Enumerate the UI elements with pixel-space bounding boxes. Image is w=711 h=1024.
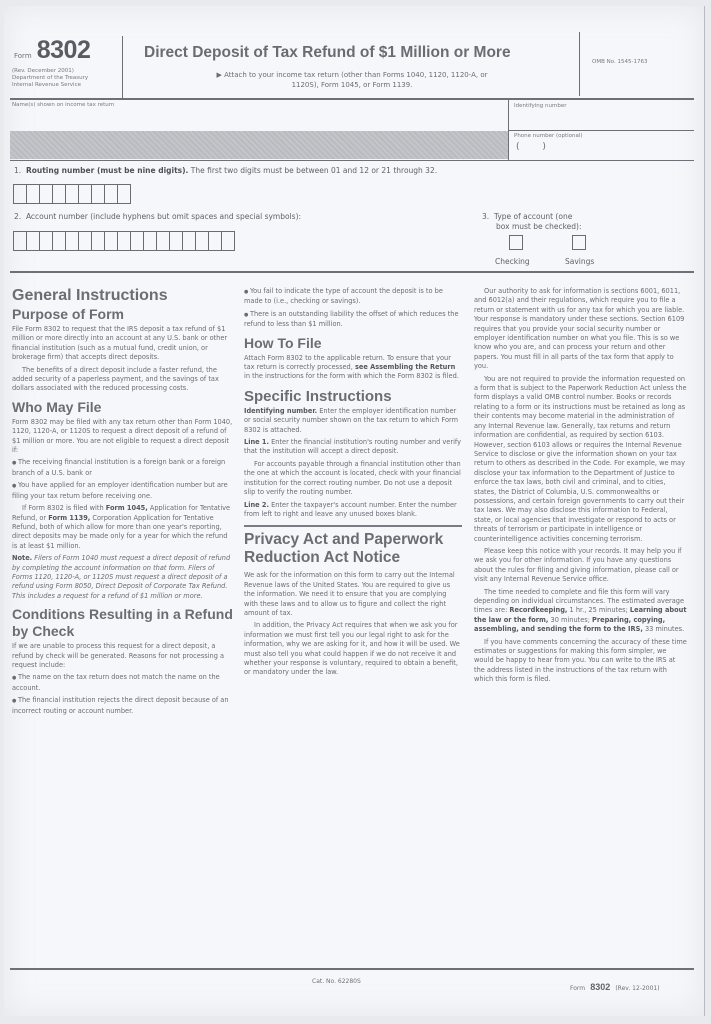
field-rule: [508, 130, 694, 131]
benefits-paragraph: The benefits of a direct deposit include…: [12, 366, 234, 394]
line2-paragraph: Line 2. Enter the taxpayer's account num…: [244, 501, 462, 520]
revision-date: (Rev. December 2001): [12, 68, 122, 75]
attach-instruction: ▶ Attach to your income tax return (othe…: [132, 70, 572, 90]
account-number-label: 2. Account number (include hyphens but o…: [14, 212, 301, 221]
routing-number-input[interactable]: [14, 184, 131, 204]
savings-checkbox[interactable]: [572, 235, 586, 250]
routing-digit-box[interactable]: [26, 184, 40, 204]
routing-number-label: 1. Routing number (must be nine digits).…: [14, 166, 437, 175]
account-digit-box[interactable]: [13, 231, 27, 251]
divider: [122, 36, 123, 98]
column-privacy-continued: Our authority to ask for information is …: [474, 287, 688, 688]
bullet-item: There is an outstanding liability the of…: [244, 310, 462, 330]
column-general-instructions: General Instructions Purpose of Form Fil…: [12, 287, 234, 719]
field-rule: [10, 160, 694, 161]
form-revision-block: (Rev. December 2001) Department of the T…: [12, 68, 122, 89]
account-digit-box[interactable]: [65, 231, 79, 251]
general-instructions-heading: General Instructions: [12, 287, 234, 305]
routing-digit-box[interactable]: [52, 184, 66, 204]
identifying-number-input[interactable]: [512, 112, 692, 128]
account-digit-box[interactable]: [169, 231, 183, 251]
bullet-item: The financial institution rejects the di…: [12, 696, 234, 716]
comments-paragraph: If you have comments concerning the accu…: [474, 638, 688, 685]
bullet-item: You have applied for an employer identif…: [12, 481, 234, 501]
account-digit-box[interactable]: [130, 231, 144, 251]
form-title: Direct Deposit of Tax Refund of $1 Milli…: [144, 44, 511, 62]
account-digit-box[interactable]: [52, 231, 66, 251]
name-input[interactable]: [10, 110, 508, 130]
account-digit-box[interactable]: [117, 231, 131, 251]
account-digit-box[interactable]: [221, 231, 235, 251]
identifying-number-label: Identifying number: [514, 103, 566, 109]
form-1045-paragraph: If Form 8302 is filed with Form 1045, Ap…: [12, 504, 234, 551]
how-to-file-heading: How To File: [244, 335, 462, 352]
section-rule: [10, 271, 694, 273]
phone-label: Phone number (optional): [514, 133, 583, 139]
paperwork-paragraph: You are not required to provide the info…: [474, 375, 688, 544]
routing-digit-box[interactable]: [104, 184, 118, 204]
header-rule: [10, 98, 694, 100]
divider: [579, 32, 580, 96]
name-label: Name(s) shown on income tax return: [12, 102, 114, 108]
divider: [508, 98, 509, 160]
who-may-file-paragraph: Form 8302 may be filed with any tax retu…: [12, 418, 234, 456]
phone-input[interactable]: ( ): [516, 142, 546, 152]
agency: Internal Revenue Service: [12, 82, 122, 89]
conditions-paragraph: If we are unable to process this request…: [12, 642, 234, 670]
account-digit-box[interactable]: [182, 231, 196, 251]
specific-instructions-heading: Specific Instructions: [244, 388, 462, 406]
catalog-number: Cat. No. 62280S: [312, 978, 361, 985]
shaded-area: [10, 131, 508, 159]
routing-digit-box[interactable]: [78, 184, 92, 204]
routing-digit-box[interactable]: [65, 184, 79, 204]
form-number: 8302: [37, 36, 91, 64]
column-specific-instructions: You fail to indicate the type of account…: [244, 287, 462, 681]
account-digit-box[interactable]: [143, 231, 157, 251]
who-may-file-heading: Who May File: [12, 399, 234, 416]
purpose-paragraph: File Form 8302 to request that the IRS d…: [12, 325, 234, 363]
time-estimate-paragraph: The time needed to complete and file thi…: [474, 588, 688, 635]
section-rule: [244, 525, 462, 527]
bullet-item: The name on the tax return does not matc…: [12, 673, 234, 693]
account-digit-box[interactable]: [78, 231, 92, 251]
account-digit-box[interactable]: [104, 231, 118, 251]
how-to-file-paragraph: Attach Form 8302 to the applicable retur…: [244, 354, 462, 382]
account-digit-box[interactable]: [91, 231, 105, 251]
account-type-label: 3. Type of account (one box must be chec…: [482, 212, 582, 232]
footer-form-id: Form 8302 (Rev. 12-2001): [570, 975, 660, 994]
authority-paragraph: Our authority to ask for information is …: [474, 287, 688, 372]
footer-rule: [10, 968, 694, 970]
privacy-paragraph: We ask for the information on this form …: [244, 571, 462, 618]
checking-label: Checking: [495, 257, 530, 266]
routing-digit-box[interactable]: [13, 184, 27, 204]
account-digit-box[interactable]: [156, 231, 170, 251]
bullet-item: You fail to indicate the type of account…: [244, 287, 462, 307]
account-number-input[interactable]: [14, 231, 235, 251]
omb-number: OMB No. 1545-1763: [592, 59, 647, 65]
routing-digit-box[interactable]: [91, 184, 105, 204]
form-word: Form: [14, 52, 32, 60]
checking-checkbox[interactable]: [509, 235, 523, 250]
purpose-heading: Purpose of Form: [12, 306, 234, 323]
form-number-block: Form 8302: [14, 36, 90, 65]
savings-label: Savings: [565, 257, 594, 266]
account-digit-box[interactable]: [26, 231, 40, 251]
line1-paragraph: Line 1. Enter the financial institution'…: [244, 438, 462, 457]
line1-detail-paragraph: For accounts payable through a financial…: [244, 460, 462, 498]
identifying-number-paragraph: Identifying number. Enter the employer i…: [244, 407, 462, 435]
privacy-act-heading: Privacy Act and Paperwork Reduction Act …: [244, 531, 462, 567]
account-digit-box[interactable]: [39, 231, 53, 251]
routing-digit-box[interactable]: [117, 184, 131, 204]
keep-notice-paragraph: Please keep this notice with your record…: [474, 547, 688, 585]
conditions-heading: Conditions Resulting in a Refund by Chec…: [12, 606, 234, 640]
account-digit-box[interactable]: [208, 231, 222, 251]
bullet-item: The receiving financial institution is a…: [12, 458, 234, 478]
routing-digit-box[interactable]: [39, 184, 53, 204]
department: Department of the Treasury: [12, 75, 122, 82]
note-paragraph: Note. Filers of Form 1040 must request a…: [12, 554, 234, 601]
form-page: Form 8302 (Rev. December 2001) Departmen…: [4, 6, 705, 1016]
account-digit-box[interactable]: [195, 231, 209, 251]
privacy-paragraph-2: In addition, the Privacy Act requires th…: [244, 621, 462, 677]
